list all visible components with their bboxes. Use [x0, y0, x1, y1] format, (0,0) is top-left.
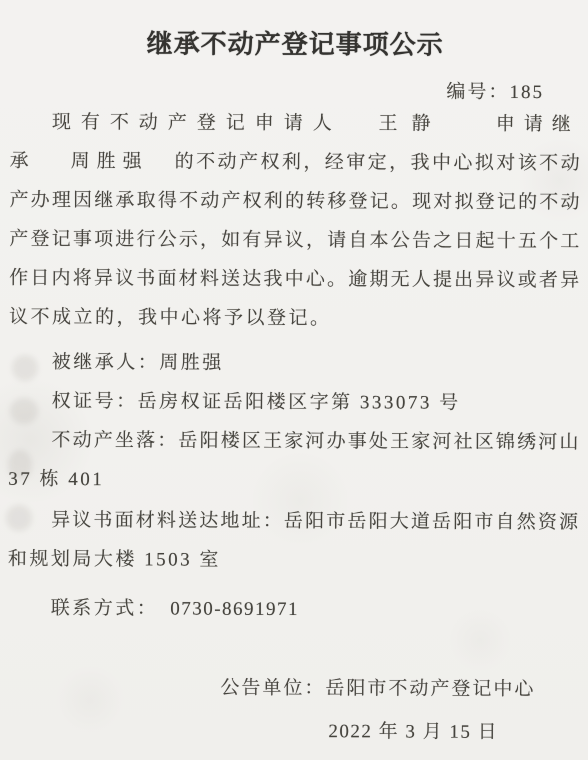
field-certificate-label: 权证号： — [52, 391, 138, 412]
field-contact-label: 联系方式： — [51, 598, 159, 619]
field-objection-value-line1: 岳阳市岳阳大道岳阳市自然资源 — [284, 511, 578, 533]
intro-line-2: 承 周胜强 的不动产权利，经审定，我中心拟对该不动 — [10, 142, 580, 183]
intro-line-2-lead: 承 — [10, 142, 29, 181]
field-location-label: 不动产坐落： — [51, 430, 178, 452]
intro-line-1-lead: 现有不动产登记申请人 — [52, 103, 342, 143]
intro-line-6: 议不成立的，我中心将予以登记。 — [9, 298, 579, 339]
field-location-value-line1: 岳阳楼区王家河办事处王家河社区锦绣河山 — [178, 430, 578, 453]
field-contact-value: 0730-8691971 — [170, 598, 299, 620]
intro-line-1-tail: 申请继 — [496, 105, 580, 144]
notice-content: 继承不动产登记事项公示 编号：185 现有不动产登记申请人 王静 申请继 承 周… — [0, 23, 588, 753]
field-decedent-value: 周胜强 — [159, 352, 224, 373]
scanned-notice-page: 继承不动产登记事项公示 编号：185 现有不动产登记申请人 王静 申请继 承 周… — [0, 0, 588, 760]
doc-number-value: 185 — [509, 82, 544, 103]
intro-line-1: 现有不动产登记申请人 王静 申请继 — [10, 103, 580, 144]
field-contact: 联系方式：0730-8691971 — [8, 589, 578, 630]
intro-line-2-tail: 的不动产权利，经审定，我中心拟对该不动 — [175, 142, 580, 183]
field-certificate-number: 权证号：岳房权证岳阳楼区字第 333073 号 — [9, 382, 579, 423]
field-decedent: 被继承人：周胜强 — [9, 343, 579, 384]
decedent-name-inline: 周胜强 — [71, 142, 149, 181]
doc-number-line: 编号：185 — [10, 79, 580, 105]
date-line: 2022 年 3 月 15 日 — [7, 711, 577, 752]
field-objection-address-wrap: 和规划局大楼 1503 室 — [8, 540, 578, 581]
field-objection-address: 异议书面材料送达地址：岳阳市岳阳大道岳阳市自然资源 — [8, 501, 578, 542]
field-property-location-wrap: 37 栋 401 — [8, 460, 578, 501]
document-title: 继承不动产登记事项公示 — [10, 23, 580, 65]
field-decedent-label: 被继承人： — [52, 352, 160, 373]
doc-number-label: 编号： — [446, 82, 509, 103]
field-objection-label: 异议书面材料送达地址： — [51, 510, 284, 532]
issuer-line: 公告单位：岳阳市不动产登记中心 — [7, 668, 577, 709]
intro-line-5: 作日内将异议书面材料送达我中心。逾期无人提出异议或者异 — [9, 259, 579, 300]
intro-line-3: 产办理因继承取得不动产权利的转移登记。现对拟登记的不动 — [9, 181, 579, 222]
intro-line-4: 产登记事项进行公示，如有异议，请自本公告之日起十五个工 — [9, 220, 579, 261]
field-property-location: 不动产坐落：岳阳楼区王家河办事处王家河社区锦绣河山 — [8, 421, 578, 462]
issuer-value: 岳阳市不动产登记中心 — [325, 678, 535, 700]
issuer-label: 公告单位： — [220, 678, 325, 699]
field-certificate-value: 岳房权证岳阳楼区字第 333073 号 — [138, 391, 461, 413]
applicant-name: 王静 — [378, 104, 444, 143]
